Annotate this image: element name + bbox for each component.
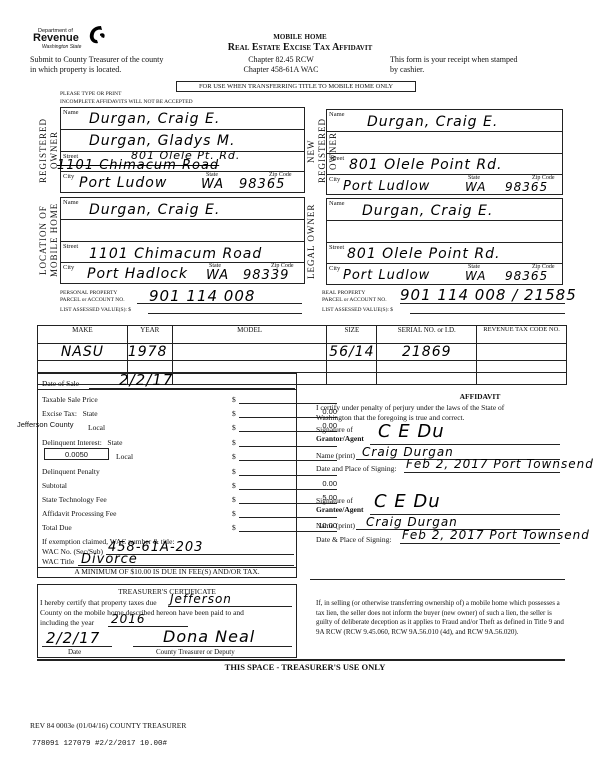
fee-label: Affidavit Processing Fee (42, 509, 116, 518)
form-id: REV 84 0003e (01/04/16) COUNTY TREASURER (30, 721, 186, 730)
cell-serial[interactable]: 21869 (377, 344, 477, 361)
real-parcel-value: 901 114 008 / 21585 (400, 286, 577, 304)
treasurer-signer-label: County Treasurer or Deputy (156, 648, 235, 656)
no-street-row[interactable]: Street 801 Olele Point Rd. (327, 154, 562, 175)
currency-symbol: $ (232, 438, 236, 447)
personal-parcel-value: 901 114 008 (149, 287, 255, 305)
location-label: LOCATION OF MOBILE HOME (38, 197, 62, 283)
fee-delinquent-interest-local[interactable]: Local $ (42, 450, 337, 465)
lien-notice: If, in selling (or otherwise transferrin… (316, 599, 566, 637)
grantee-sig-label1: Signature of (316, 496, 364, 505)
no-name-label: Name (329, 111, 345, 118)
treasurer-county-value: Jefferson (170, 592, 232, 606)
cell-revenue-code[interactable] (477, 373, 567, 385)
loc-city-row[interactable]: City Port Hadlock State WA Zip Code 9833… (61, 263, 304, 284)
cell-year[interactable]: 1978 (127, 344, 172, 361)
loc-name-row[interactable]: Name Durgan, Craig E. (61, 198, 304, 220)
fee-total-due[interactable]: Total Due $ 10.00 (42, 521, 337, 536)
treasurer-county-field[interactable]: Jefferson (168, 597, 292, 607)
grantor-signature-value: C E Du (378, 421, 445, 442)
fee-excise-state[interactable]: Excise Tax: State $ 0.00 (42, 407, 337, 422)
new-owner-box: Name Durgan, Craig E. Street 801 Olele P… (326, 109, 563, 195)
wac-title-label: WAC Title (42, 557, 74, 566)
col-revenue-code: REVENUE TAX CODE NO. (477, 326, 567, 344)
grantor-date-label: Date and Place of Signing: (316, 464, 396, 473)
no-name-value: Durgan, Craig E. (367, 114, 498, 130)
ro-street-value: 801 Olele Pt. Rd. (131, 149, 240, 162)
fee-label: Excise Tax: State (42, 409, 98, 418)
col-size: SIZE (327, 326, 377, 344)
submit-note-line2: in which property is located. (30, 65, 163, 75)
grantor-date-value: Feb 2, 2017 Port Townsend (406, 457, 594, 471)
loc-street-label: Street (63, 243, 78, 250)
cashier-stamp: 778091 127079 #2/2/2017 10.00# (32, 740, 167, 748)
personal-parcel-label: PERSONAL PROPERTY PARCEL or ACCOUNT NO. (60, 290, 125, 304)
no-name-row[interactable]: Name Durgan, Craig E. (327, 110, 562, 132)
cell-make[interactable]: NASU (38, 344, 128, 361)
personal-label-1: PERSONAL PROPERTY (60, 290, 125, 297)
receipt-note-line2: by cashier. (390, 65, 518, 75)
lo-city-label: City (329, 265, 340, 272)
logo-text-revenue: Revenue (33, 32, 79, 44)
use-banner: FOR USE WHEN TRANSFERRING TITLE TO MOBIL… (176, 81, 416, 92)
wac-title-value: Divorce (81, 552, 138, 567)
cell-model[interactable] (172, 361, 327, 373)
grantor-sig-label1: Signature of (316, 425, 364, 434)
fee-label: Local (116, 452, 133, 461)
treasurer-signature-value: Dona Neal (163, 627, 255, 646)
real-parcel-field[interactable]: 901 114 008 / 21585 (400, 292, 565, 304)
grantee-date-field[interactable]: Feb 2, 2017 Port Townsend (400, 534, 560, 544)
lo-name2-row[interactable] (327, 221, 562, 243)
currency-symbol: $ (232, 495, 236, 504)
submit-note-line1: Submit to County Treasurer of the county (30, 55, 163, 65)
affidavit-certify: I certify under penalty of perjury under… (316, 403, 504, 422)
ro-name-row[interactable]: Name Durgan, Craig E. (61, 108, 304, 130)
treasurer-certificate-box: TREASURER'S CERTIFICATE I hereby certify… (37, 584, 297, 658)
lo-city-row[interactable]: City Port Ludlow State WA Zip Code 98365 (327, 264, 562, 285)
location-box: Name Durgan, Craig E. Street 1101 Chimac… (60, 197, 305, 284)
lo-name-row[interactable]: Name Durgan, Craig E. (327, 199, 562, 221)
grantee-sig-label2: Grantee/Agent (316, 505, 364, 514)
fee-label: Delinquent Interest: State (42, 438, 122, 447)
receipt-note: This form is your receipt when stamped b… (390, 55, 518, 75)
cell-size[interactable] (327, 361, 377, 373)
grantee-date-label: Date & Place of Signing: (316, 535, 391, 544)
fee-excise-local[interactable]: Local $ 0.00 (42, 421, 337, 436)
treasurer-use-rule (37, 659, 565, 661)
logo-text-state: Washington State (42, 44, 81, 50)
treasurer-use-only: THIS SPACE - TREASURER'S USE ONLY (180, 662, 430, 672)
registered-owner-box: Name Durgan, Craig E. Durgan, Gladys M. … (60, 107, 305, 193)
personal-parcel-field[interactable]: 901 114 008 (137, 292, 302, 304)
treasurer-year-field[interactable]: 2016 (108, 617, 188, 627)
no-city-value: Port Ludlow (343, 179, 430, 194)
table-row[interactable]: NASU 1978 56/14 21869 (38, 344, 567, 361)
fee-affidavit-processing[interactable]: Affidavit Processing Fee $ (42, 507, 337, 522)
currency-symbol: $ (232, 467, 236, 476)
fee-label: Total Due (42, 523, 72, 532)
currency-symbol: $ (232, 481, 236, 490)
personal-assessed-field[interactable] (148, 307, 302, 314)
cell-serial[interactable] (377, 361, 477, 373)
grantee-name-value: Craig Durgan (366, 515, 458, 529)
dor-swirl-icon (87, 24, 107, 46)
no-name2-row[interactable] (327, 132, 562, 154)
lien-notice-top-rule (310, 579, 565, 580)
ro-state-value: WA (201, 177, 224, 192)
fee-label: State Technology Fee (42, 495, 107, 504)
ro-name1-value: Durgan, Craig E. (89, 111, 220, 127)
treasurer-line1: I hereby certify that property taxes due (40, 598, 157, 607)
fee-label: Taxable Sale Price (42, 395, 98, 404)
no-city-row[interactable]: City Port Ludlow State WA Zip Code 98365 (327, 175, 562, 196)
ro-street-row[interactable]: Street 1101 Chimacum Road 801 Olele Pt. … (61, 152, 304, 172)
treasurer-year-value: 2016 (111, 612, 146, 626)
date-of-sale-field[interactable]: 2/2/17 (89, 378, 295, 389)
lo-street-value: 801 Olele Point Rd. (347, 246, 500, 262)
col-make: MAKE (38, 326, 128, 344)
no-street-value: 801 Olele Point Rd. (349, 157, 502, 173)
loc-name2-row[interactable] (61, 220, 304, 242)
cell-size[interactable] (327, 373, 377, 385)
form-title-line1: Mobile Home (200, 31, 400, 42)
no-street-label: Street (329, 155, 344, 162)
currency-symbol: $ (232, 423, 236, 432)
ro-name2-value: Durgan, Gladys M. (89, 133, 235, 149)
grantee-date-value: Feb 2, 2017 Port Townsend (402, 528, 590, 542)
chapter-wac: Chapter 458-61A WAC (240, 65, 322, 75)
no-city-label: City (329, 176, 340, 183)
treasurer-line3: including the year (40, 618, 94, 627)
fee-taxable-sale-price[interactable]: Taxable Sale Price $ (42, 393, 337, 408)
ro-city-row[interactable]: City Port Ludow State WA Zip Code 98365 (61, 172, 304, 193)
grantor-sig-label2: Grantor/Agent (316, 434, 364, 443)
wac-title-field[interactable]: Divorce (78, 556, 294, 566)
date-of-sale-label: Date of Sale (42, 379, 79, 388)
cell-revenue-code[interactable] (477, 361, 567, 373)
cell-size[interactable]: 56/14 (327, 344, 377, 361)
no-state-value: WA (465, 180, 486, 194)
real-parcel-label: REAL PROPERTY PARCEL or ACCOUNT NO. (322, 290, 387, 304)
lo-street-label: Street (329, 244, 344, 251)
real-assessed-field[interactable] (410, 307, 565, 314)
loc-street-row[interactable]: Street 1101 Chimacum Road (61, 242, 304, 263)
submit-note: Submit to County Treasurer of the county… (30, 55, 163, 75)
loc-name-label: Name (63, 199, 79, 206)
instruction-incomplete: INCOMPLETE AFFIDAVITS WILL NOT BE ACCEPT… (60, 99, 193, 105)
lo-name-value: Durgan, Craig E. (362, 203, 493, 219)
form-title-line2: Real Estate Excise Tax Affidavit (200, 42, 400, 53)
real-assessed-label: LIST ASSESSED VALUE(S): $ (322, 307, 393, 313)
col-year: YEAR (127, 326, 172, 344)
fee-label: Delinquent Penalty (42, 467, 100, 476)
registered-owner-label: REGISTERED OWNER (38, 108, 62, 193)
no-zip-value: 98365 (505, 180, 548, 194)
treasurer-title: TREASURER'S CERTIFICATE (38, 587, 296, 596)
currency-symbol: $ (232, 509, 236, 518)
real-label-2: PARCEL or ACCOUNT NO. (322, 297, 387, 304)
affidavit-title: AFFIDAVIT (370, 392, 590, 401)
table-row[interactable] (38, 361, 567, 373)
chapter-rcw: Chapter 82.45 RCW (240, 55, 322, 65)
ro-city-label: City (63, 173, 74, 180)
date-of-sale-value: 2/2/17 (119, 371, 173, 389)
loc-street-value: 1101 Chimacum Road (89, 246, 262, 262)
treasurer-date-field[interactable]: 2/2/17 (42, 633, 112, 647)
treasurer-signature-field[interactable]: Dona Neal (133, 633, 292, 647)
legal-owner-box: Name Durgan, Craig E. Street 801 Olele P… (326, 198, 563, 285)
fee-state-technology[interactable]: State Technology Fee $ 5.00 (42, 493, 337, 508)
real-label-1: REAL PROPERTY (322, 290, 387, 297)
fee-delinquent-penalty[interactable]: Delinquent Penalty $ (42, 465, 337, 480)
lo-street-row[interactable]: Street 801 Olele Point Rd. (327, 243, 562, 264)
chapter-refs: Chapter 82.45 RCW Chapter 458-61A WAC (240, 55, 322, 75)
personal-assessed-label: LIST ASSESSED VALUE(S): $ (60, 307, 131, 313)
lo-name-label: Name (329, 200, 345, 207)
grantee-signature-field[interactable]: C E Du (370, 503, 560, 515)
loc-city-value: Port Hadlock (87, 266, 188, 282)
form-title: Mobile Home Real Estate Excise Tax Affid… (200, 31, 400, 53)
treasurer-date-value: 2/2/17 (46, 629, 100, 647)
ro-zip-value: 98365 (239, 177, 285, 192)
currency-symbol: $ (232, 409, 236, 418)
treasurer-date-label: Date (68, 648, 81, 656)
fee-label: Local (88, 423, 105, 432)
fee-subtotal[interactable]: Subtotal $ 0.00 (42, 479, 337, 494)
col-model: MODEL (172, 326, 327, 344)
loc-name-value: Durgan, Craig E. (89, 202, 220, 218)
grantor-date-field[interactable]: Feb 2, 2017 Port Townsend (404, 463, 560, 473)
ro-name-label: Name (63, 109, 79, 116)
lo-zip-value: 98365 (505, 269, 548, 283)
personal-label-2: PARCEL or ACCOUNT NO. (60, 297, 125, 304)
dor-logo: Department of Revenue Washington State (30, 28, 120, 50)
date-divider (38, 389, 296, 390)
cell-serial[interactable] (377, 373, 477, 385)
cell-make[interactable] (38, 361, 128, 373)
cell-revenue-code[interactable] (477, 344, 567, 361)
grantee-name-label: Name (print) (316, 521, 355, 530)
table-header-row: MAKE YEAR MODEL SIZE SERIAL NO. or I.D. … (38, 326, 567, 344)
cell-model[interactable] (172, 344, 327, 361)
instruction-print: PLEASE TYPE OR PRINT (60, 91, 121, 97)
col-serial: SERIAL NO. or I.D. (377, 326, 477, 344)
loc-zip-value: 98339 (243, 268, 289, 283)
loc-state-value: WA (206, 268, 229, 283)
receipt-note-line1: This form is your receipt when stamped (390, 55, 518, 65)
lo-city-value: Port Ludlow (343, 268, 430, 283)
grantor-sig-label: Signature of Grantor/Agent (316, 425, 364, 443)
fee-label: Subtotal (42, 481, 67, 490)
grantee-signature-value: C E Du (374, 491, 441, 512)
grantor-signature-field[interactable]: C E Du (370, 433, 560, 445)
ro-city-value: Port Ludow (79, 175, 167, 191)
grantor-name-label: Name (print) (316, 451, 355, 460)
grantee-sig-label: Signature of Grantee/Agent (316, 496, 364, 514)
certify-line1: I certify under penalty of perjury under… (316, 403, 504, 413)
lo-state-value: WA (465, 269, 486, 283)
fee-value[interactable]: 0.00 (239, 479, 337, 490)
loc-city-label: City (63, 264, 74, 271)
fees-box-sides (37, 568, 297, 578)
currency-symbol: $ (232, 452, 236, 461)
currency-symbol: $ (232, 395, 236, 404)
currency-symbol: $ (232, 523, 236, 532)
